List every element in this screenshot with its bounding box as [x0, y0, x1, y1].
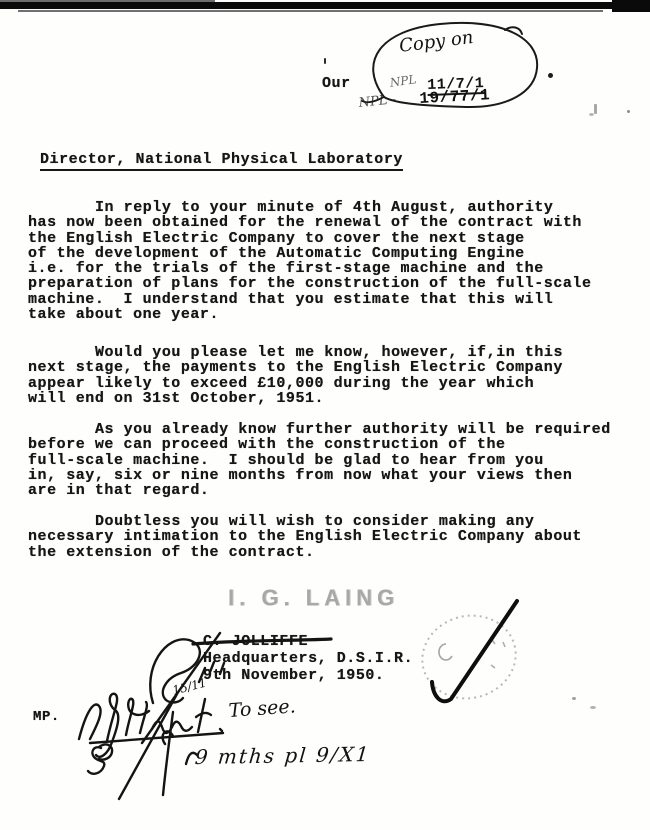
handwriting-overlay — [0, 0, 650, 830]
body-line: preparation of plans for the constructio… — [28, 276, 592, 291]
signature-date-line: 9th November, 1950. — [203, 668, 384, 683]
recipient-heading: Director, National Physical Laboratory — [40, 151, 403, 171]
body-line: the English Electric Company to cover th… — [28, 231, 592, 246]
handwritten-npl-prefix: NPL — [389, 72, 417, 90]
body-line: has now been obtained for the renewal of… — [28, 215, 592, 230]
body-line: Doubtless you will wish to consider maki… — [28, 514, 582, 529]
body-line: Would you please let me know, however, i… — [28, 345, 563, 360]
handwritten-npl-prefix: NPL - — [358, 92, 397, 111]
body-line: will end on 31st October, 1951. — [28, 391, 563, 406]
faint-stamp-circle — [413, 606, 524, 708]
body-line: As you already know further authority wi… — [28, 422, 611, 437]
body-line: necessary intimation to the English Elec… — [28, 529, 582, 544]
handwritten-review-note: 9 mths pl 9/X1 — [194, 742, 372, 769]
struck-out-name: C. JOLLIFFE — [203, 634, 308, 649]
paragraph-3: As you already know further authority wi… — [28, 422, 611, 498]
handwritten-date-note: 15/11 — [171, 676, 208, 698]
scan-edge-band — [612, 0, 650, 12]
body-line: of the development of the Automatic Comp… — [28, 246, 592, 261]
body-line: the extension of the contract. — [28, 545, 582, 560]
scan-speck — [590, 706, 596, 709]
body-line: machine. I understand that you estimate … — [28, 292, 592, 307]
scan-edge-band — [18, 10, 603, 12]
handwritten-to-see-note: To see. — [228, 695, 296, 722]
review-scrawl — [88, 694, 197, 799]
scan-speck — [594, 104, 597, 114]
scan-speck — [589, 113, 594, 116]
signature-org-line: Headquarters, D.S.I.R. — [203, 651, 413, 666]
tick-mark-icon — [432, 601, 517, 701]
paragraph-4: Doubtless you will wish to consider maki… — [28, 514, 582, 560]
scan-speck — [627, 110, 630, 113]
body-line: In reply to your minute of 4th August, a… — [28, 200, 592, 215]
body-line: before we can proceed with the construct… — [28, 437, 611, 452]
scan-edge-band — [0, 2, 650, 9]
body-line: i.e. for the trials of the first-stage m… — [28, 261, 592, 276]
faint-stamped-name: I. G. LAING — [228, 584, 399, 611]
paragraph-1: In reply to your minute of 4th August, a… — [28, 200, 592, 322]
scan-speck — [324, 58, 326, 64]
our-ref-label: Our — [322, 76, 351, 91]
typist-initials: MP. — [33, 709, 60, 725]
scan-speck — [572, 697, 576, 700]
scan-speck — [548, 73, 553, 78]
body-line: appear likely to exceed £10,000 during t… — [28, 376, 563, 391]
handwritten-copy-note: Copy on — [398, 27, 474, 57]
file-reference-number: 19/77/1 — [419, 86, 491, 108]
body-line: next stage, the payments to the English … — [28, 360, 563, 375]
scanned-letter-page: Our Copy on NPL 11/7/1 NPL - 19/77/1 Dir… — [0, 0, 650, 830]
body-line: are in that regard. — [28, 483, 611, 498]
paragraph-2: Would you please let me know, however, i… — [28, 345, 563, 406]
body-line: in, say, six or nine months from now wha… — [28, 468, 611, 483]
body-line: take about one year. — [28, 307, 592, 322]
body-line: full-scale machine. I should be glad to … — [28, 453, 611, 468]
